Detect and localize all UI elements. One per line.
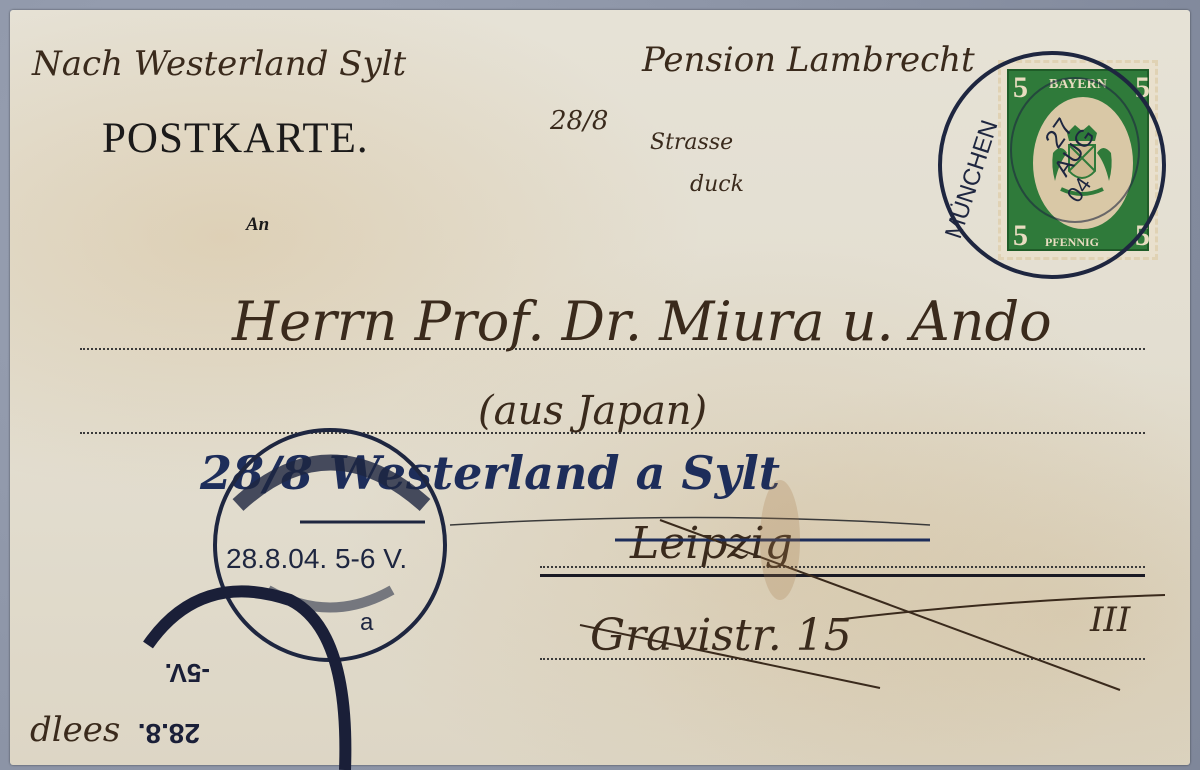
svg-text:MÜNCHEN: MÜNCHEN [940,117,1004,242]
arrival-postmark: 28.8.04. 5-6 V. a [215,430,445,660]
svg-text:28.8.04. 5-6 V.: 28.8.04. 5-6 V. [226,543,407,574]
muenchen-postmark: MÜNCHEN 27 AUG 04 [940,53,1164,277]
postmark-overlay: MÜNCHEN 27 AUG 04 28.8.04. 5-6 V. a -5V.… [0,0,1200,770]
svg-text:28.8.: 28.8. [138,718,200,749]
svg-text:-5V.: -5V. [165,658,210,688]
strike-lines [450,518,1165,691]
svg-text:a: a [360,609,374,636]
